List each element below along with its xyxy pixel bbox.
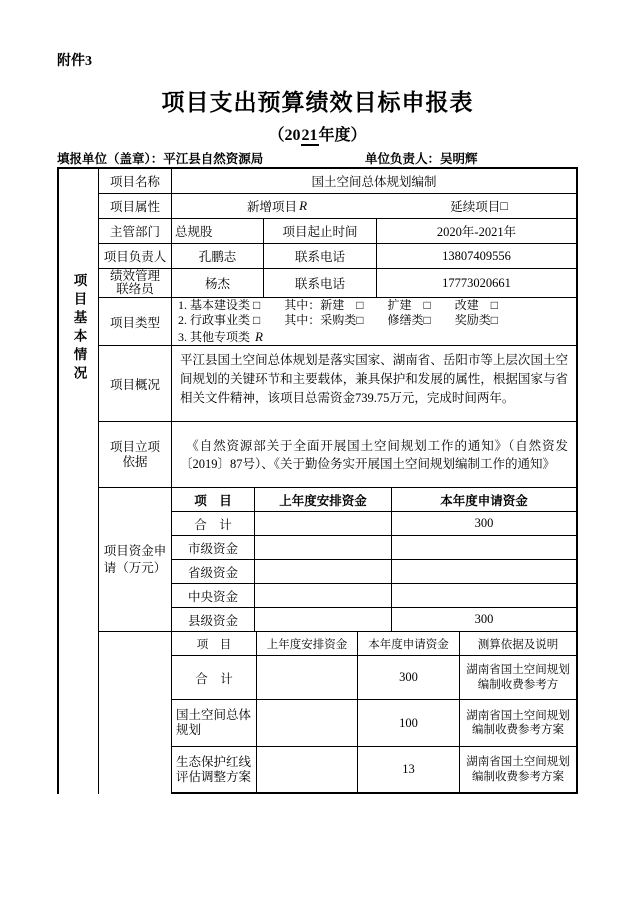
t1-central-item: 中央资金 <box>172 584 255 607</box>
leader-phone-value: 13807409556 <box>377 244 576 268</box>
t2-row-total: 合 计 300 湖南省国土空间规划编制收费参考方 <box>172 656 576 700</box>
leader-value: 孔鹏志 <box>172 244 264 268</box>
t2-redline-item: 生态保护红线评估调整方案 <box>172 747 257 792</box>
t2-header-item: 项 目 <box>172 632 257 655</box>
t1-central-prev <box>255 584 392 607</box>
project-attribute-value: 新增项目R 延续项目□ <box>172 194 576 218</box>
funding-side-empty-cell <box>99 632 171 794</box>
reporting-unit-value: 平江县自然资源局 <box>163 152 263 166</box>
t2-header-basis: 测算依据及说明 <box>460 632 576 655</box>
year-suffix: 年度） <box>319 127 367 144</box>
page-title: 项目支出预算绩效目标申报表 <box>0 84 635 117</box>
t2-header-current-year: 本年度申请资金 <box>358 632 460 655</box>
t1-city-prev <box>255 536 392 559</box>
section-basic-side-label: 项目基本情况 <box>69 273 89 384</box>
year-subtitle: （2021年度） <box>0 122 635 145</box>
basis-text: 《自然资源部关于全面开展国土空间规划工作的通知》（自然资发〔2019〕87号）、… <box>180 437 568 473</box>
responsible-value: 吴明辉 <box>440 152 478 166</box>
department-value: 总规股 <box>172 219 264 243</box>
section-basic-info: 项目基本情况 项目名称 国土空间总体规划编制 项目属性 新增项目R 延续项目□ … <box>59 169 576 488</box>
year-prefix: （20 <box>268 127 300 144</box>
t2-row-redline-plan: 生态保护红线评估调整方案 13 湖南省国土空间规划编制收费参考方案 <box>172 747 576 794</box>
t1-province-current <box>392 560 576 583</box>
project-type-label: 项目类型 <box>99 298 172 345</box>
basis-label: 项目立项 依据 <box>99 422 172 487</box>
document-page: 附件3 项目支出预算绩效目标申报表 （2021年度） 填报单位（盖章）：平江县自… <box>0 0 635 898</box>
t1-city-current <box>392 536 576 559</box>
t1-row-county-funds: 县级资金 300 <box>172 608 576 632</box>
t2-master-plan-item: 国土空间总体规划 <box>172 700 257 746</box>
project-type-value: 1. 基本建设类 □ 其中：新建 □ 扩建 □ 改建 □ 2. 行政事业类 □ … <box>172 298 576 345</box>
t1-county-current: 300 <box>392 608 576 631</box>
t1-header-current-year: 本年度申请资金 <box>392 488 576 511</box>
t1-county-prev <box>255 608 392 631</box>
t2-redline-current: 13 <box>358 747 460 792</box>
project-name-value: 国土空间总体规划编制 <box>172 169 576 193</box>
attribute-option-continue: 延续项目□ <box>382 197 576 215</box>
t1-total-prev <box>255 512 392 535</box>
attribute-new-text: 新增项目 <box>247 197 297 215</box>
t2-total-current: 300 <box>358 656 460 699</box>
t2-master-plan-prev <box>257 700 358 746</box>
contact-value: 杨杰 <box>172 269 264 297</box>
form-table: 项目基本情况 项目名称 国土空间总体规划编制 项目属性 新增项目R 延续项目□ … <box>57 167 578 794</box>
reporting-unit: 填报单位（盖章）：平江县自然资源局 <box>57 152 263 166</box>
checked-mark-icon: R <box>253 329 263 344</box>
section-funding-side-cell <box>59 488 99 794</box>
period-value: 2020年-2021年 <box>377 219 576 243</box>
leader-phone-label: 联系电话 <box>264 244 377 268</box>
t1-city-item: 市级资金 <box>172 536 255 559</box>
t1-total-current: 300 <box>392 512 576 535</box>
row-department: 主管部门 总规股 项目起止时间 2020年-2021年 <box>99 219 576 244</box>
t1-header-prev-year: 上年度安排资金 <box>255 488 392 511</box>
section-basic-side-cell: 项目基本情况 <box>59 169 99 488</box>
project-name-label: 项目名称 <box>99 169 172 193</box>
checked-mark-icon: R <box>297 198 307 214</box>
period-label: 项目起止时间 <box>264 219 377 243</box>
t2-redline-prev <box>257 747 358 792</box>
year-underlined: 21 <box>301 127 319 146</box>
t2-header-prev-year: 上年度安排资金 <box>257 632 358 655</box>
row-project-attribute: 项目属性 新增项目R 延续项目□ <box>99 194 576 219</box>
t1-province-item: 省级资金 <box>172 560 255 583</box>
t2-total-prev <box>257 656 358 699</box>
row-project-overview: 项目概况 平江县国土空间总体规划是落实国家、湖南省、岳阳市等上层次国土空间规划的… <box>99 346 576 422</box>
funding-label-column: 项目资金申 请（万元） <box>99 488 172 794</box>
project-attribute-label: 项目属性 <box>99 194 172 218</box>
t1-central-current <box>392 584 576 607</box>
attribute-continue-text: 延续项目 <box>450 197 500 215</box>
t1-province-prev <box>255 560 392 583</box>
t1-total-item: 合 计 <box>172 512 255 535</box>
unchecked-box-icon: □ <box>500 199 508 214</box>
t2-total-item: 合 计 <box>172 656 257 699</box>
overview-label: 项目概况 <box>99 346 172 421</box>
meta-line: 填报单位（盖章）：平江县自然资源局 单位负责人：吴明辉 <box>57 149 578 167</box>
type-line-basic-construction: 1. 基本建设类 □ 其中：新建 □ 扩建 □ 改建 □ <box>178 298 498 314</box>
t1-row-total: 合 计 300 <box>172 512 576 536</box>
leader-label: 项目负责人 <box>99 244 172 268</box>
department-label: 主管部门 <box>99 219 172 243</box>
t1-county-item: 县级资金 <box>172 608 255 631</box>
basis-cell: 《自然资源部关于全面开展国土空间规划工作的通知》（自然资发〔2019〕87号）、… <box>172 422 576 487</box>
t1-row-province-funds: 省级资金 <box>172 560 576 584</box>
row-performance-contact: 绩效管理 联络员 杨杰 联系电话 17773020661 <box>99 269 576 298</box>
type-line-administrative: 2. 行政事业类 □ 其中：采购类□ 修缮类□ 奖励类□ <box>178 313 498 329</box>
section-funding: 项目资金申 请（万元） 项 目 上年度安排资金 本年度申请资金 合 计 300 … <box>59 488 576 794</box>
funding-side-label: 项目资金申 请（万元） <box>99 488 171 632</box>
contact-phone-label: 联系电话 <box>264 269 377 297</box>
row-project-basis: 项目立项 依据 《自然资源部关于全面开展国土空间规划工作的通知》（自然资发〔20… <box>99 422 576 488</box>
funding-table2-header: 项 目 上年度安排资金 本年度申请资金 测算依据及说明 <box>172 632 576 656</box>
reporting-unit-label: 填报单位（盖章）： <box>57 152 163 166</box>
t2-master-plan-current: 100 <box>358 700 460 746</box>
responsible-person: 单位负责人：吴明辉 <box>365 149 478 167</box>
overview-text: 平江县国土空间总体规划是落实国家、湖南省、岳阳市等上层次国土空间规划的关键环节和… <box>172 346 576 421</box>
contact-label: 绩效管理 联络员 <box>99 269 172 297</box>
t2-row-master-plan: 国土空间总体规划 100 湖南省国土空间规划编制收费参考方案 <box>172 700 576 747</box>
type-line-other-special: 3. 其他专项类 R <box>178 329 263 346</box>
contact-phone-value: 17773020661 <box>377 269 576 297</box>
type-other-text: 3. 其他专项类 <box>178 330 253 344</box>
funding-table1-header: 项 目 上年度安排资金 本年度申请资金 <box>172 488 576 512</box>
row-project-type: 项目类型 1. 基本建设类 □ 其中：新建 □ 扩建 □ 改建 □ 2. 行政事… <box>99 298 576 346</box>
t2-total-basis: 湖南省国土空间规划编制收费参考方 <box>460 656 576 699</box>
attribute-option-new: 新增项目R <box>172 197 382 215</box>
t2-redline-basis: 湖南省国土空间规划编制收费参考方案 <box>460 747 576 792</box>
t1-row-city-funds: 市级资金 <box>172 536 576 560</box>
row-project-leader: 项目负责人 孔鹏志 联系电话 13807409556 <box>99 244 576 269</box>
row-project-name: 项目名称 国土空间总体规划编制 <box>99 169 576 194</box>
responsible-label: 单位负责人： <box>365 152 440 166</box>
t2-master-plan-basis: 湖南省国土空间规划编制收费参考方案 <box>460 700 576 746</box>
t1-header-item: 项 目 <box>172 488 255 511</box>
attachment-label: 附件3 <box>57 50 92 70</box>
t1-row-central-funds: 中央资金 <box>172 584 576 608</box>
